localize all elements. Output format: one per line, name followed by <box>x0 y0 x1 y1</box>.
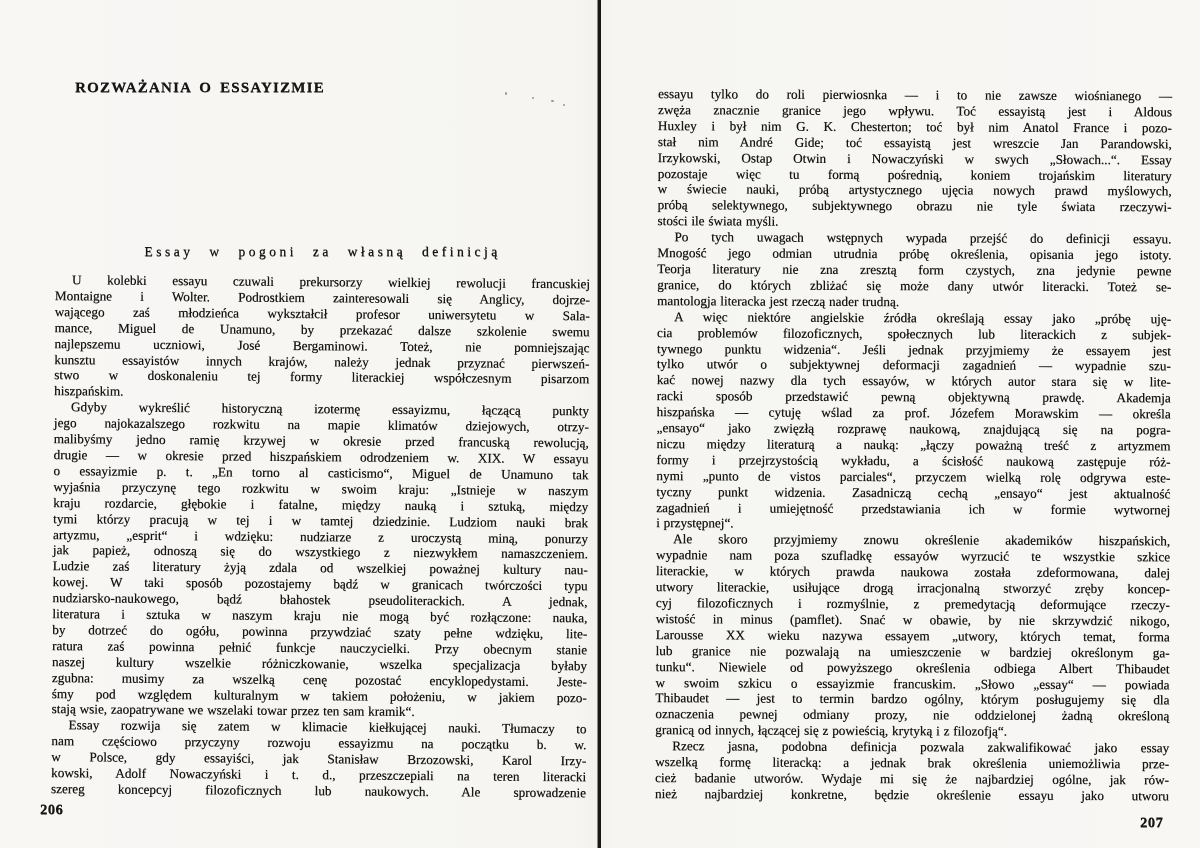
text-line: tyczny punkt widzenia. Zasadniczą cechą … <box>656 484 1170 502</box>
scan-speckle <box>505 92 507 95</box>
text-line: Larousse XX wieku nazywa essayem „utwory… <box>656 627 1170 645</box>
text-line: nymi „punto de vistos parciales“, przycz… <box>656 468 1170 486</box>
right-page-body-text: essayu tylko do roli pierwiosnka — i to … <box>655 86 1172 804</box>
book-scan-spread: ROZWAŻANIA O ESSAYIZMIE Essay w pogoni z… <box>0 0 1200 848</box>
running-header: ROZWAŻANIA O ESSAYIZMIE <box>75 80 325 97</box>
section-title: Essay w pogoni za własną definicją <box>55 244 590 260</box>
scan-speckle <box>551 100 554 102</box>
text-line: lub granice nie pozwalają na umieszczeni… <box>656 643 1170 661</box>
text-line: A więc niektóre angielskie źródła określ… <box>657 309 1171 327</box>
paragraph: A więc niektóre angielskie źródła określ… <box>656 309 1171 534</box>
text-line: wistość in minus (pamflet). Snać w obawi… <box>656 611 1170 629</box>
page-number-left: 206 <box>40 802 63 819</box>
page-gutter-line <box>597 0 601 848</box>
paragraph: Ale skoro przyjmiemy znowu określenie ak… <box>655 531 1170 740</box>
scan-speckle <box>532 97 534 99</box>
left-page-body-text: U kolebki essayu czuwali prekursorzy wie… <box>51 272 590 801</box>
text-line: stał nim André Gide; toć essayistą jest … <box>658 134 1172 152</box>
text-line: Huxley i był nim G. K. Chesterton; toć b… <box>658 118 1172 136</box>
text-line: tunku“. Niewiele od powyższego określeni… <box>655 659 1169 677</box>
text-line: formy i przejrzystością wykładu, a ścisł… <box>656 452 1170 470</box>
text-line: nież najbardziej konkretne, będzie okreś… <box>655 786 1169 804</box>
page-number-right: 207 <box>1140 815 1163 832</box>
paragraph: U kolebki essayu czuwali prekursorzy wie… <box>54 272 590 403</box>
text-line: Irzykowski, Ostap Otwin i Nowaczyński w … <box>658 150 1172 168</box>
text-line: granice, do których zbliżać się może dan… <box>657 277 1171 295</box>
paragraph: Rzecz jasna, podobna definicja pozwala z… <box>655 738 1169 804</box>
text-line: szereg koncepcyj filozoficznych lub nauk… <box>51 781 586 801</box>
paragraph: Gdyby wykreślić historyczną izotermę ess… <box>52 399 589 721</box>
paragraph: essayu tylko do roli pierwiosnka — i to … <box>657 86 1172 231</box>
paragraph: Essay rozwija się zatem w klimacie kiełk… <box>51 717 587 801</box>
paragraph: Po tych uwagach wstępnych wypada przejść… <box>657 229 1171 311</box>
scan-speckle <box>563 104 565 106</box>
text-line: mantologja literacka jest rzeczą nader t… <box>657 293 1171 311</box>
text-line: cia problemów filozoficznych, społecznyc… <box>657 325 1171 343</box>
